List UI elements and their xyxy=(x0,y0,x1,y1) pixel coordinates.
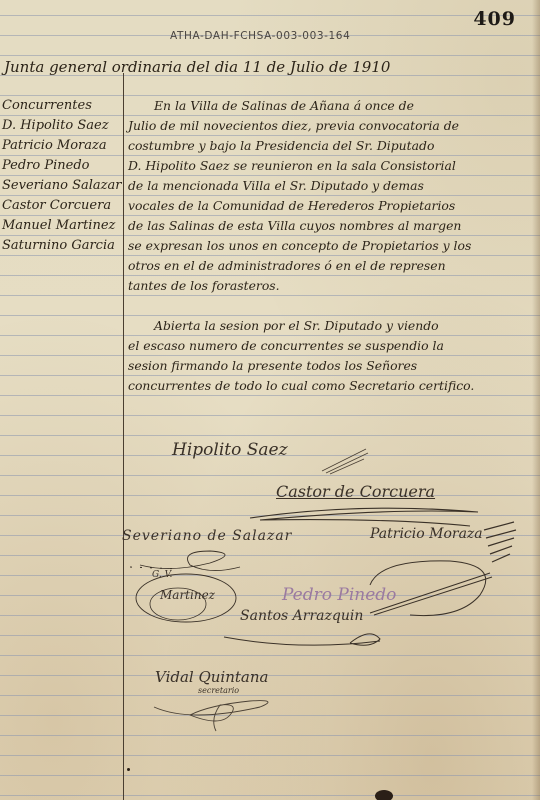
signature-secretary-title: secretario xyxy=(198,686,239,695)
archive-reference: ATHA-DAH-FCHSA-003-003-164 xyxy=(170,30,350,42)
attendee: D. Hipolito Saez xyxy=(2,116,121,136)
signature-santos-arrazquin: Santos Arrazquin xyxy=(240,608,363,624)
attendee: Saturnino Garcia xyxy=(2,236,121,256)
ink-stain xyxy=(375,790,393,800)
signature-flourish-icon xyxy=(130,545,250,575)
paragraph-1-line: D. Hipolito Saez se reunieron en la sala… xyxy=(128,156,538,176)
signature-flourish-icon xyxy=(480,520,520,570)
paragraph-1-line: En la Villa de Salinas de Añana á once d… xyxy=(128,96,538,116)
paragraph-1-line: vocales de la Comunidad de Herederos Pro… xyxy=(128,196,538,216)
paragraph-1-line: otros en el de administradores ó en el d… xyxy=(128,256,538,276)
signature-vidal-quintana: Vidal Quintana xyxy=(155,668,268,686)
attendee: Severiano Salazar xyxy=(2,176,121,196)
signature-castor-corcuera: Castor de Corcuera xyxy=(276,482,435,501)
page-number: 409 xyxy=(473,8,516,30)
paragraph-2-line: Abierta la sesion por el Sr. Diputado y … xyxy=(128,316,538,336)
signature-patricio-moraza: Patricio Moraza xyxy=(370,526,483,542)
margin-line xyxy=(123,73,124,800)
attendee: Manuel Martinez xyxy=(2,216,121,236)
paragraph-2-line: el escaso numero de concurrentes se susp… xyxy=(128,336,538,356)
signature-hipolito-saez: Hipolito Saez xyxy=(172,440,288,460)
attendees-list: Concurrentes D. Hipolito Saez Patricio M… xyxy=(2,96,121,256)
attendee: Patricio Moraza xyxy=(2,136,121,156)
ink-dot xyxy=(127,768,130,771)
paragraph-2-line: concurrentes de todo lo cual como Secret… xyxy=(128,376,538,396)
attendee: Castor Corcuera xyxy=(2,196,121,216)
signature-martinez: Martinez xyxy=(160,588,215,602)
signature-initials: G. V. xyxy=(152,570,172,580)
paragraph-2-line: sesion firmando la presente todos los Se… xyxy=(128,356,538,376)
minutes-heading: Junta general ordinaria del dia 11 de Ju… xyxy=(4,58,390,76)
paragraph-1-line: de la mencionada Villa el Sr. Diputado y… xyxy=(128,176,538,196)
paragraph-1-line: se expresan los unos en concepto de Prop… xyxy=(128,236,538,256)
paragraph-1-line: de las Salinas de esta Villa cuyos nombr… xyxy=(128,216,538,236)
paragraph-1-line: Julio de mil novecientos diez, previa co… xyxy=(128,116,538,136)
signature-flourish-icon xyxy=(320,445,370,475)
signature-flourish-icon xyxy=(220,625,400,655)
attendee: Pedro Pinedo xyxy=(2,156,121,176)
attendees-label: Concurrentes xyxy=(2,96,121,116)
manuscript-page: 409 ATHA-DAH-FCHSA-003-003-164 Junta gen… xyxy=(0,0,540,800)
paragraph-1-line: tantes de los forasteros. xyxy=(128,276,538,296)
minutes-body: En la Villa de Salinas de Añana á once d… xyxy=(128,96,538,396)
paragraph-1-line: costumbre y bajo la Presidencia del Sr. … xyxy=(128,136,538,156)
signature-rubric-icon xyxy=(150,695,280,735)
signature-severiano-salazar: Severiano de Salazar xyxy=(122,528,292,544)
signature-pedro-pinedo: Pedro Pinedo xyxy=(282,585,396,605)
